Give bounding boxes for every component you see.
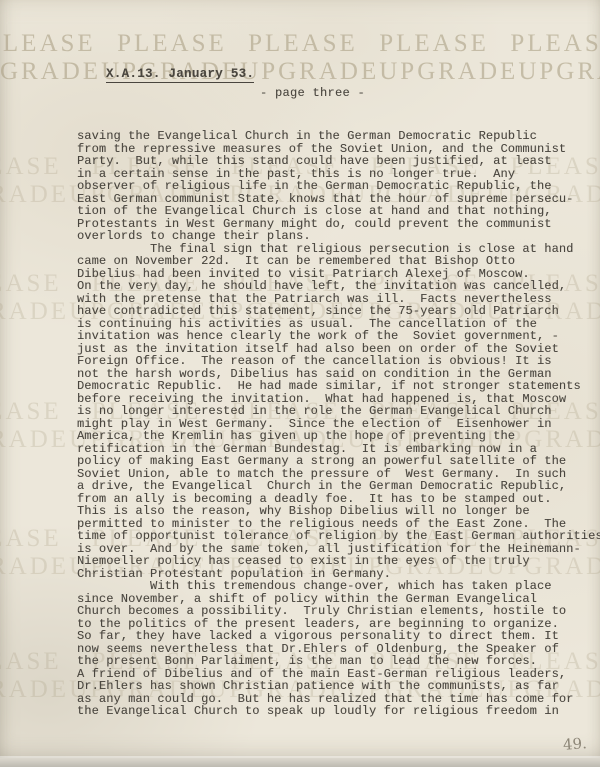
paragraph-continuation: saving the Evangelical Church in the Ger… (77, 130, 592, 243)
scanned-document: PLEASEPLEASEPLEASEPLEASEPLEASE UPGRADEUP… (0, 0, 600, 767)
handwritten-page-number: 49. (562, 734, 587, 754)
page-label: - page three - (260, 86, 365, 100)
document-reference: X.A.13. January 53. (106, 67, 254, 83)
scan-bottom-edge (0, 758, 600, 767)
paragraph-final-sign: The final sign that religious persecutio… (77, 243, 592, 581)
document-body: saving the Evangelical Church in the Ger… (77, 130, 592, 718)
paragraph-change-over: With this tremendous change-over, which … (77, 580, 592, 718)
